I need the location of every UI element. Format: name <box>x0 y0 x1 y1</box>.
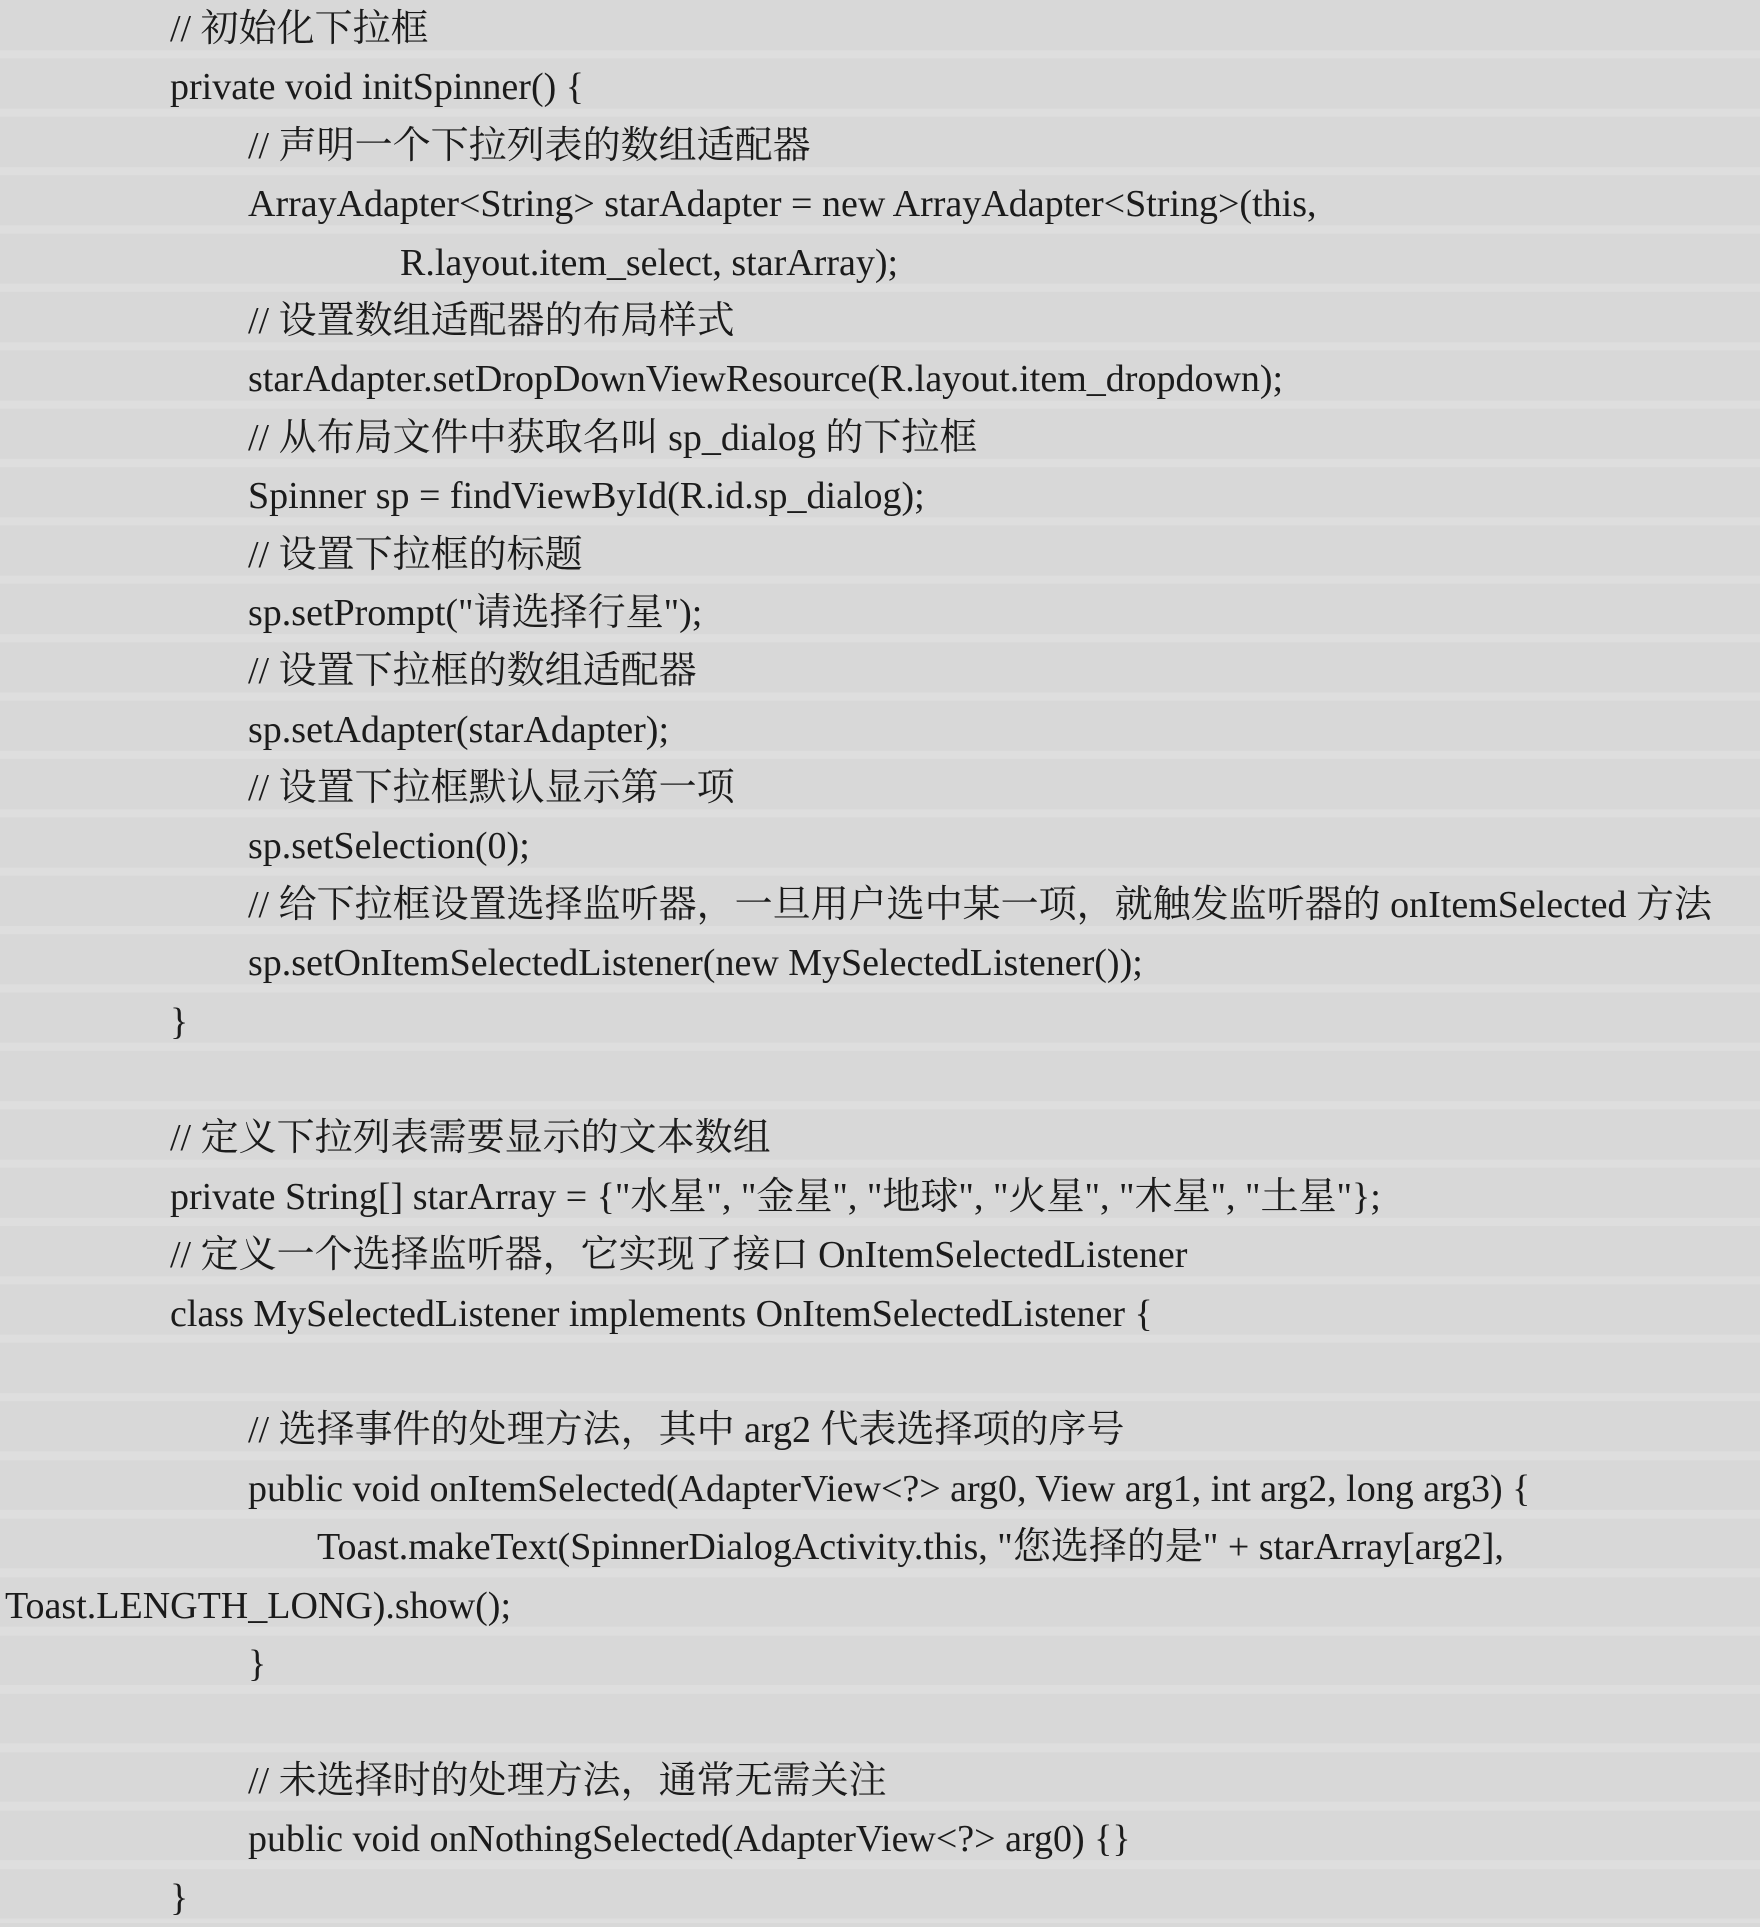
code-line <box>0 1343 1760 1401</box>
code-line: // 声明一个下拉列表的数组适配器 <box>0 117 1760 175</box>
code-line: private String[] starArray = {"水星", "金星"… <box>0 1168 1760 1226</box>
code-line: R.layout.item_select, starArray); <box>0 234 1760 292</box>
code-line: // 设置下拉框默认显示第一项 <box>0 759 1760 817</box>
code-line: // 定义一个选择监听器，它实现了接口 OnItemSelectedListen… <box>0 1226 1760 1284</box>
code-line: sp.setOnItemSelectedListener(new MySelec… <box>0 934 1760 992</box>
code-line: ArrayAdapter<String> starAdapter = new A… <box>0 175 1760 233</box>
code-line: // 初始化下拉框 <box>0 0 1760 58</box>
code-line: public void onNothingSelected(AdapterVie… <box>0 1810 1760 1868</box>
code-line: sp.setSelection(0); <box>0 817 1760 875</box>
code-line: // 设置数组适配器的布局样式 <box>0 292 1760 350</box>
code-line: private void initSpinner() { <box>0 58 1760 116</box>
code-line: sp.setAdapter(starAdapter); <box>0 701 1760 759</box>
code-line: class MySelectedListener implements OnIt… <box>0 1285 1760 1343</box>
code-line: Toast.makeText(SpinnerDialogActivity.thi… <box>0 1518 1760 1576</box>
code-line: Toast.LENGTH_LONG).show(); <box>0 1577 1760 1635</box>
code-line: // 给下拉框设置选择监听器，一旦用户选中某一项，就触发监听器的 onItemS… <box>0 876 1760 934</box>
code-line: sp.setPrompt("请选择行星"); <box>0 584 1760 642</box>
code-line: } <box>0 993 1760 1051</box>
code-line: // 未选择时的处理方法，通常无需关注 <box>0 1752 1760 1810</box>
code-listing: // 初始化下拉框private void initSpinner() {// … <box>0 0 1760 1923</box>
code-line: // 设置下拉框的标题 <box>0 526 1760 584</box>
code-line: // 设置下拉框的数组适配器 <box>0 642 1760 700</box>
code-line <box>0 1693 1760 1751</box>
code-line: } <box>0 1635 1760 1693</box>
code-line: // 定义下拉列表需要显示的文本数组 <box>0 1109 1760 1167</box>
code-line: public void onItemSelected(AdapterView<?… <box>0 1460 1760 1518</box>
code-line <box>0 1051 1760 1109</box>
code-line: starAdapter.setDropDownViewResource(R.la… <box>0 350 1760 408</box>
code-line: // 从布局文件中获取名叫 sp_dialog 的下拉框 <box>0 409 1760 467</box>
code-line: // 选择事件的处理方法，其中 arg2 代表选择项的序号 <box>0 1401 1760 1459</box>
code-line: } <box>0 1869 1760 1924</box>
code-line: Spinner sp = findViewById(R.id.sp_dialog… <box>0 467 1760 525</box>
